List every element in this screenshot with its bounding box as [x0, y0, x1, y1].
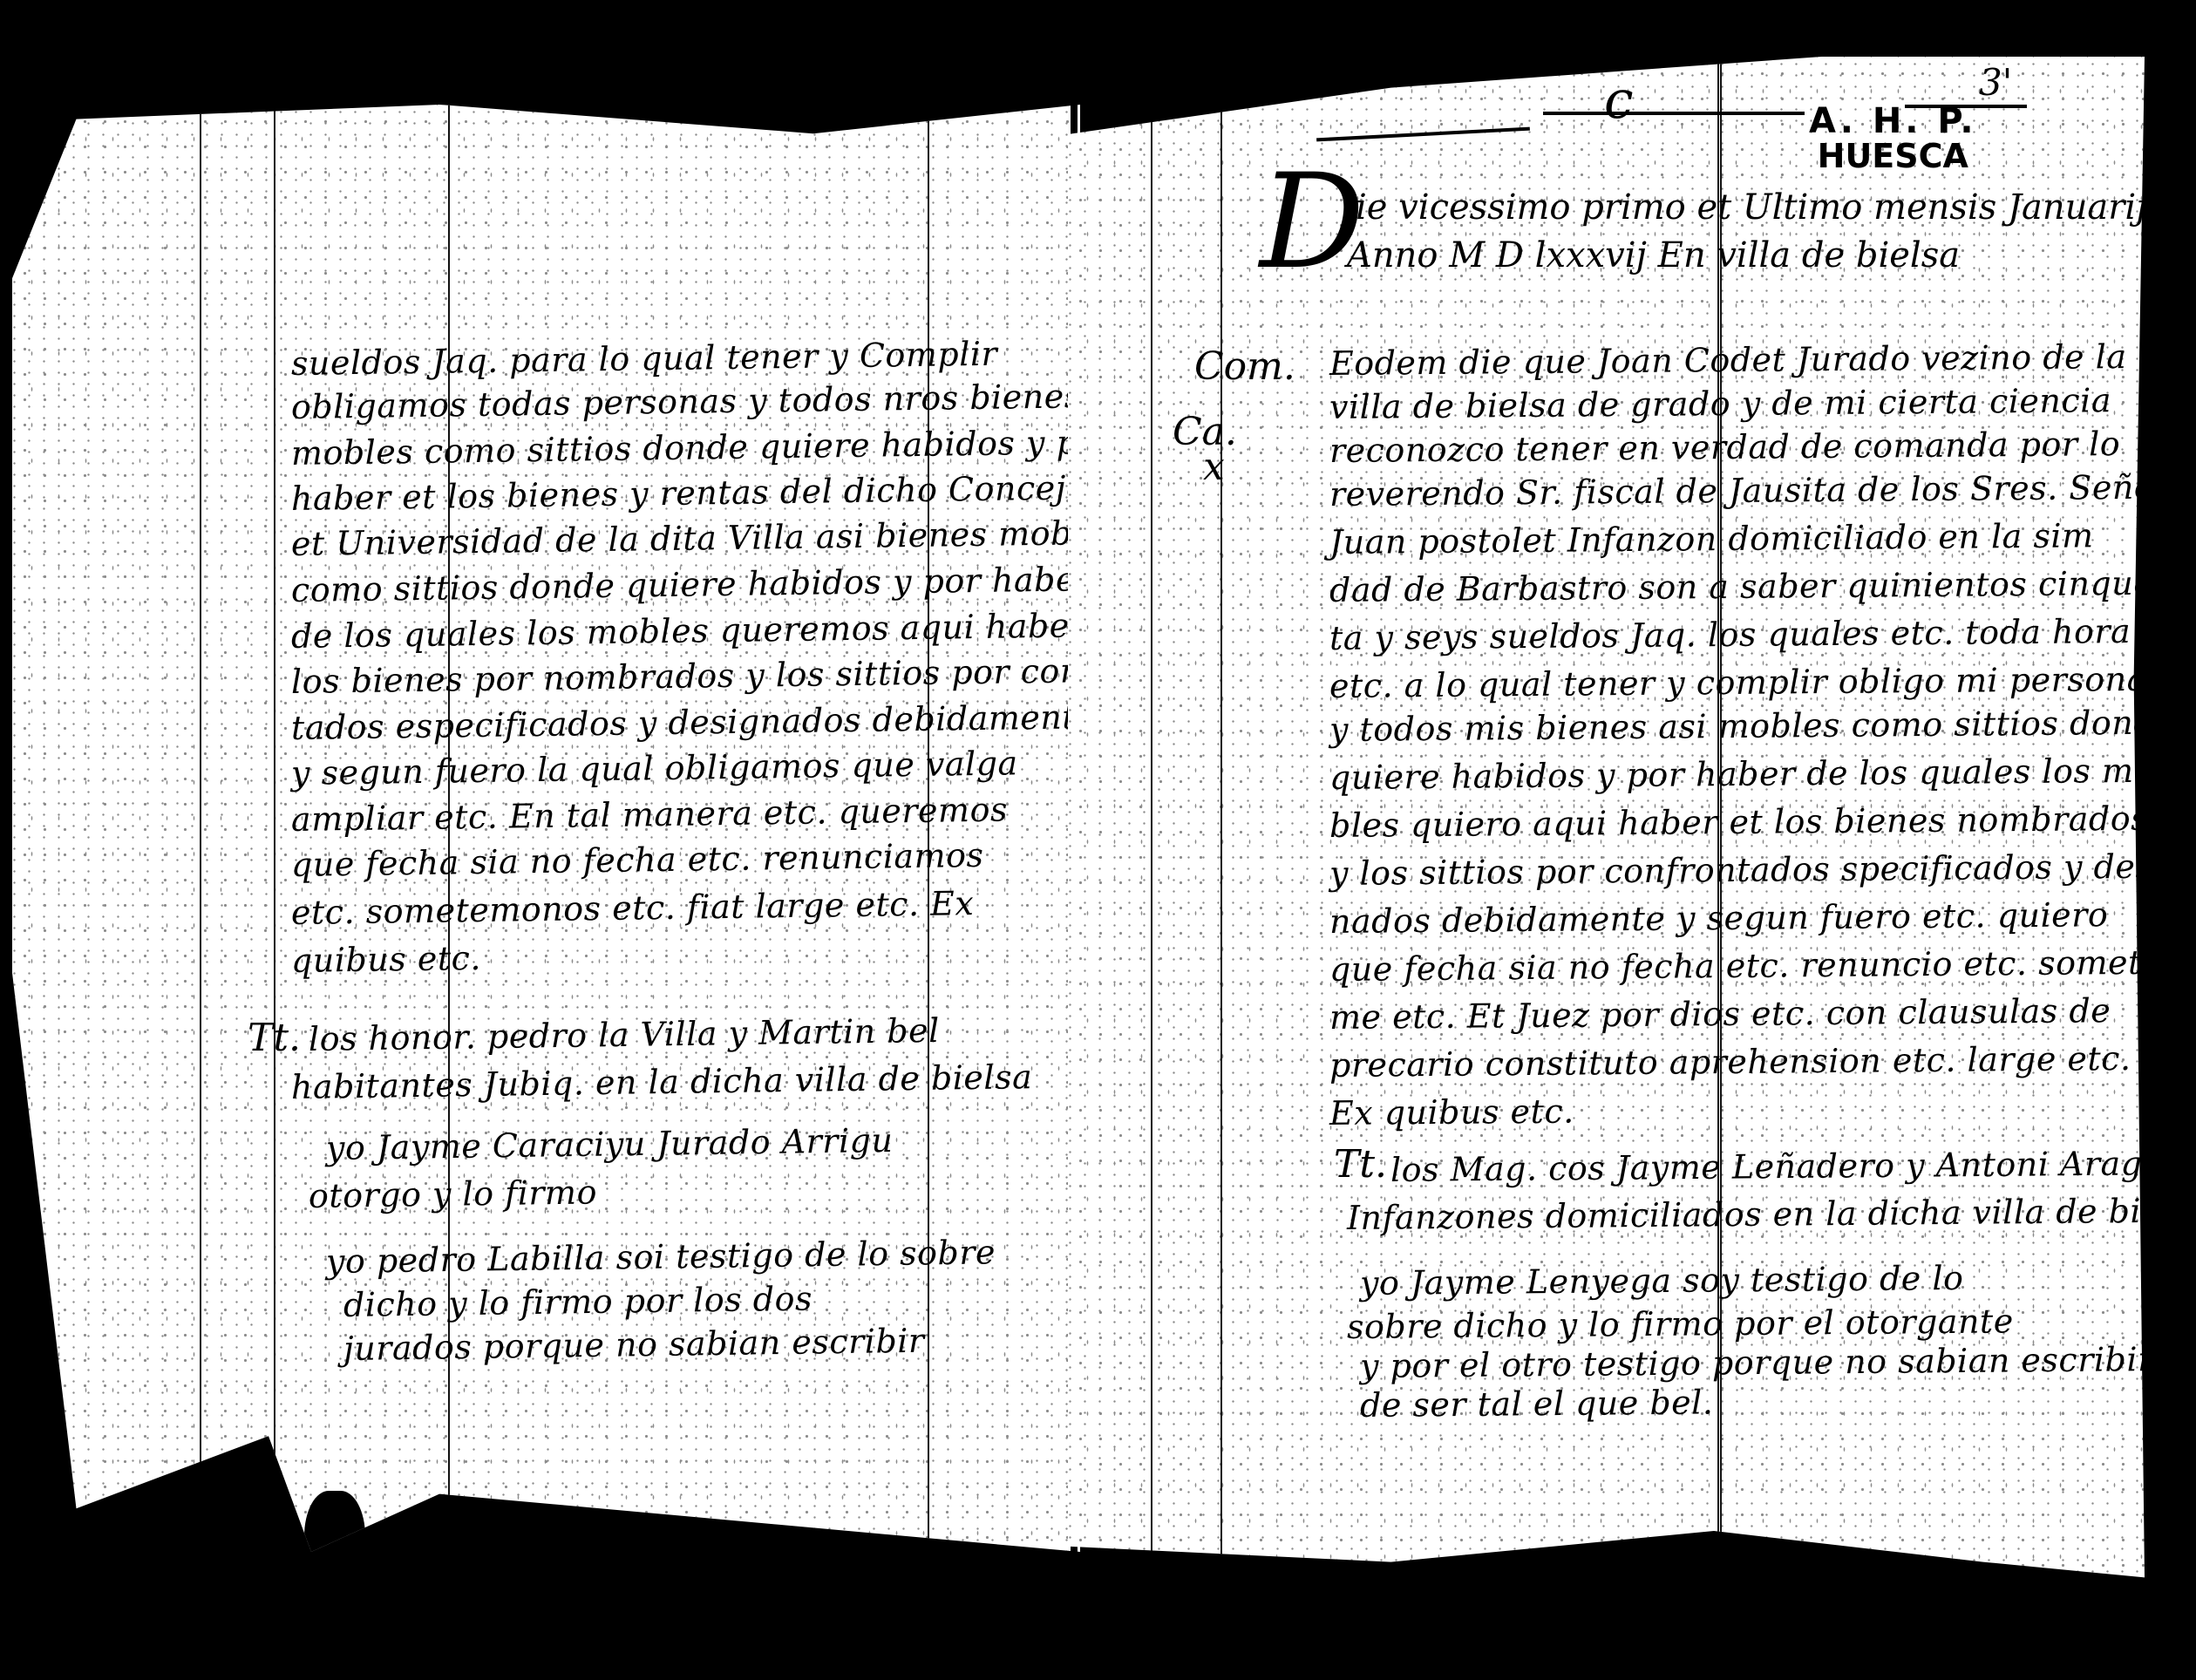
signature-line: de ser tal el que bel.: [1360, 1383, 1714, 1425]
signature-line: dicho y lo firmo por los dos: [343, 1279, 813, 1324]
text-line: que fecha sia no fecha etc. renunciamos: [291, 836, 984, 884]
ink-blot: [304, 1491, 365, 1552]
signature-line: sobre dicho y lo firmo por el otorgante: [1347, 1302, 2014, 1346]
text-line: de los quales los mobles queremos aqui h…: [291, 606, 1080, 656]
text-line: que fecha sia no fecha etc. renuncio etc…: [1329, 943, 2163, 989]
text-line: etc. a lo qual tener y complir obligo mi…: [1329, 660, 2147, 705]
text-line: nados debidamente y segun fuero etc. qui…: [1329, 895, 2109, 941]
witness-line: habitantes Jubiq. en la dicha villa de b…: [291, 1058, 1033, 1106]
margin-rule: [1151, 57, 1152, 1609]
archive-stamp: A. H. P. HUESCA: [1809, 103, 1977, 174]
text-line: Ex quibus etc.: [1329, 1092, 1574, 1132]
margin-note: Com.: [1194, 344, 1295, 389]
text-line: quiere habidos y por haber de los quales…: [1329, 752, 2154, 797]
archive-stamp-city: HUESCA: [1809, 139, 1977, 174]
date-heading-line: Anno M D lxxxvij En villa de bielsa: [1347, 235, 1960, 275]
text-line: etc. sometemonos etc. fiat large etc. Ex: [291, 884, 975, 932]
text-line: villa de bielsa de grado y de mi cierta …: [1329, 381, 2111, 426]
text-line: y los sittios por confrontados specifica…: [1329, 847, 2186, 893]
text-line: y segun fuero la qual obligamos que valg…: [291, 744, 1018, 792]
margin-rule: [1220, 57, 1222, 1609]
text-line: Eodem die que Joan Codet Jurado vezino d…: [1329, 337, 2127, 383]
left-page: sueldos Jaq. para lo qual tener y Compli…: [12, 105, 1080, 1552]
text-line: bles quiero aqui haber et los bienes nom…: [1329, 799, 2149, 845]
text-line: quibus etc.: [291, 939, 482, 980]
text-line: tados especificados y designados debidam…: [291, 697, 1080, 747]
witness-marker: Tt.: [1334, 1142, 1387, 1187]
text-line: sueldos Jaq. para lo qual tener y Compli…: [291, 335, 998, 383]
text-line: los bienes por nombrados y los sittios p…: [291, 650, 1080, 701]
text-line: obligamos todas personas y todos nros bi…: [291, 376, 1080, 426]
header-rule: [1543, 112, 1805, 115]
witness-marker: Tt.: [248, 1016, 301, 1060]
text-line: ampliar etc. En tal manera etc. queremos: [291, 791, 1009, 839]
archive-stamp-abbr: A. H. P.: [1809, 103, 1977, 139]
folio-number: 3': [1979, 61, 2012, 104]
text-line: haber et los bienes y rentas del dicho C…: [291, 468, 1080, 518]
text-line: mobles como sittios donde quiere habidos…: [291, 423, 1080, 473]
signature-line: y por el otro testigo porque no sabian e…: [1360, 1340, 2154, 1385]
signature-line: yo Jayme Lenyega soy testigo de lo: [1360, 1259, 1964, 1303]
witness-line: los honor. pedro la Villa y Martin bel: [309, 1011, 940, 1058]
margin-rule: [274, 105, 275, 1552]
text-line: como sittios donde quiere habidos y por …: [291, 560, 1080, 609]
text-line: et Universidad de la dita Villa asi bien…: [291, 514, 1080, 563]
text-line: Juan postolet Infanzon domiciliado en la…: [1329, 516, 2094, 561]
scanned-manuscript: sueldos Jaq. para lo qual tener y Compli…: [0, 0, 2196, 1680]
margin-note: x: [1203, 445, 1225, 489]
text-line: reverendo Sr. fiscal de Jausita de los S…: [1329, 468, 2171, 514]
witness-line: Infanzones domiciliados en la dicha vill…: [1347, 1191, 2196, 1237]
signature-line: yo pedro Labilla soi testigo de lo sobre: [326, 1233, 996, 1281]
text-line: precario constituto aprehension etc. lar…: [1329, 1039, 2131, 1085]
header-mark: c: [1604, 70, 1634, 131]
signature-line: jurados porque no sabian escribir: [343, 1322, 925, 1368]
text-line: me etc. Et Juez por dios etc. con clausu…: [1329, 991, 2111, 1037]
date-heading-line: ie vicessimo primo et Ultimo mensis Janu…: [1356, 187, 2147, 228]
margin-rule: [200, 105, 201, 1552]
witness-line: los Mag. cos Jayme Leñadero y Antoni Ara…: [1390, 1144, 2143, 1189]
text-line: ta y seys sueldos Jaq. los quales etc. t…: [1329, 612, 2131, 657]
signature-line: yo Jayme Caraciyu Jurado Arrigu: [326, 1121, 894, 1167]
text-line: y todos mis bienes asi mobles como sitti…: [1329, 704, 2175, 749]
text-line: dad de Barbastro son a saber quinientos …: [1329, 564, 2176, 609]
text-line: reconozco tener en verdad de comanda por…: [1329, 425, 2121, 470]
signature-line: otorgo y lo firmo: [309, 1173, 598, 1215]
